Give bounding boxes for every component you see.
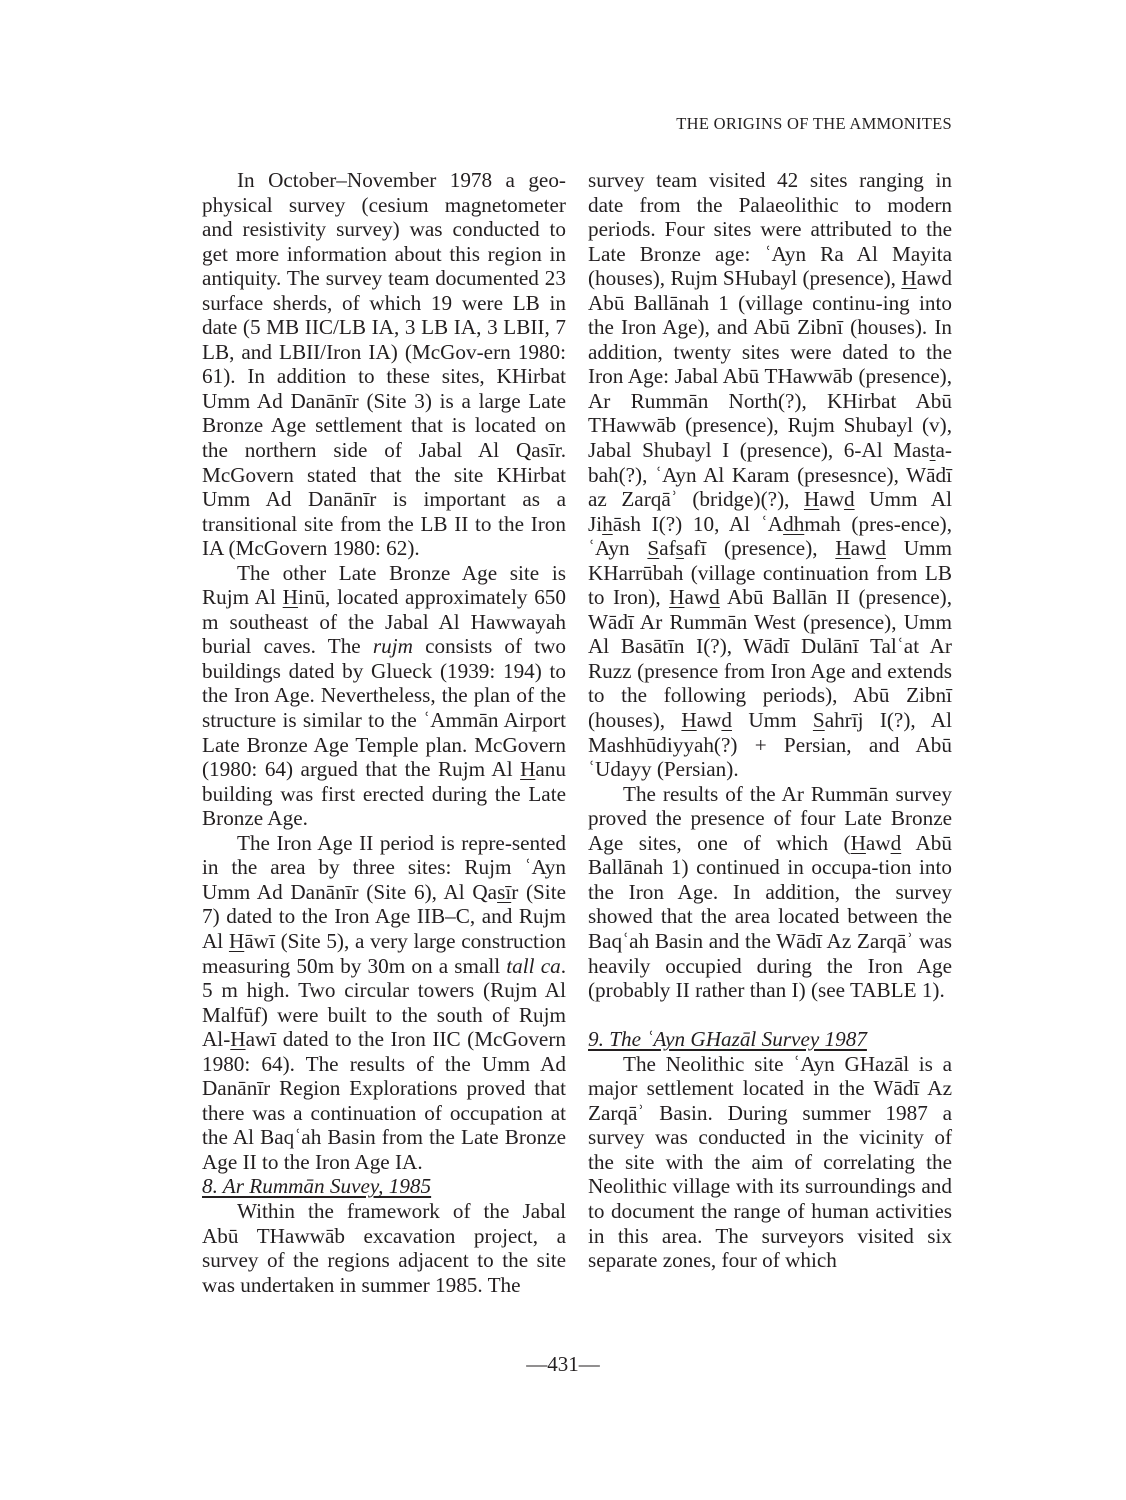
- underlined-text: h: [602, 512, 613, 536]
- text: awī dated to the Iron IIC (McGovern 1980…: [202, 1027, 566, 1174]
- text: aw: [819, 487, 844, 511]
- paragraph-ar-rumman-intro: Within the framework of the Jabal Abū TH…: [202, 1199, 566, 1297]
- underlined-text: d: [891, 831, 902, 855]
- paragraph-ar-rumman-results: The results of the Ar Rummān survey prov…: [588, 782, 952, 1003]
- text: aw: [851, 536, 876, 560]
- text: Umm: [732, 708, 813, 732]
- section-heading-9: 9. The ʿAyn GHazāl Survey 1987: [588, 1027, 952, 1052]
- underlined-text: H: [901, 266, 916, 290]
- text: āsh I(?) 10, Al ʿA: [613, 512, 783, 536]
- paragraph-ar-rumman-sites: survey team visited 42 sites ranging in …: [588, 168, 952, 782]
- italic-text: tall ca: [506, 954, 560, 978]
- text: af: [659, 536, 675, 560]
- underlined-text: H: [230, 1027, 245, 1051]
- text: survey team visited 42 sites ranging in …: [588, 168, 952, 290]
- paragraph-ayn-ghazal: The Neolithic site ʿAyn GHazāl is a majo…: [588, 1052, 952, 1273]
- underlined-text: d: [709, 585, 720, 609]
- underlined-text: S: [813, 708, 825, 732]
- underlined-text: H: [851, 831, 866, 855]
- paragraph-rujm-al-hinu: The other Late Bronze Age site is Rujm A…: [202, 561, 566, 831]
- underlined-text: H: [681, 708, 696, 732]
- underlined-text: H: [804, 487, 819, 511]
- underlined-text: dh: [783, 512, 804, 536]
- underlined-text: H: [283, 585, 298, 609]
- right-column: survey team visited 42 sites ranging in …: [588, 168, 952, 1273]
- underlined-text: H: [669, 585, 684, 609]
- underlined-text: H: [835, 536, 850, 560]
- text: aw: [697, 708, 722, 732]
- italic-text: rujm: [373, 634, 413, 658]
- underlined-text: sī: [497, 880, 511, 904]
- left-column: In October–November 1978 a geo-physical …: [202, 168, 566, 1297]
- paragraph-geophysical-survey: In October–November 1978 a geo-physical …: [202, 168, 566, 561]
- text: aw: [866, 831, 891, 855]
- running-head: THE ORIGINS OF THE AMMONITES: [676, 114, 952, 134]
- section-heading-8: 8. Ar Rummān Suvey, 1985: [202, 1174, 566, 1199]
- underlined-text: d: [721, 708, 732, 732]
- underlined-text: s: [676, 536, 684, 560]
- text: afī (presence),: [684, 536, 835, 560]
- underlined-text: H: [229, 929, 244, 953]
- underlined-text: S: [647, 536, 659, 560]
- underlined-text: d: [875, 536, 886, 560]
- text: Abū Ballānah 1) continued in occupa-tion…: [588, 831, 952, 1002]
- page-number: —431—: [0, 1352, 1126, 1377]
- underlined-text: H: [520, 757, 535, 781]
- text: awd Abū Ballānah 1 (village continu-ing …: [588, 266, 952, 462]
- paragraph-iron-age-ii: The Iron Age II period is repre-sented i…: [202, 831, 566, 1175]
- underlined-text: d: [844, 487, 855, 511]
- text: aw: [684, 585, 709, 609]
